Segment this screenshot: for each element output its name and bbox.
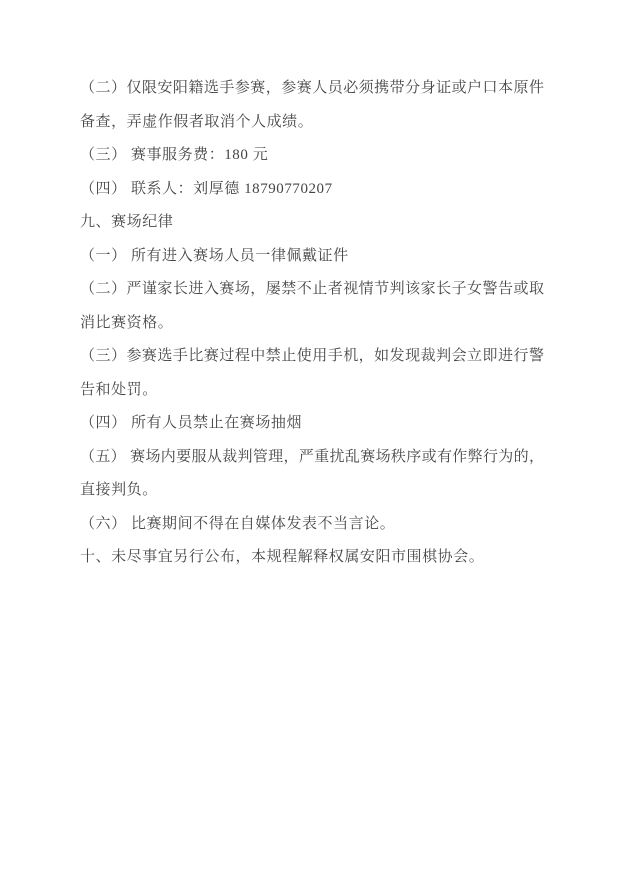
rule-5-obey-referee-line1: （五） 赛场内要服从裁判管理，严重扰乱赛场秩序或有作弊行为的， (80, 441, 544, 475)
clause-3-service-fee: （三） 赛事服务费：180 元 (80, 139, 544, 173)
rule-2-parents-line1: （二）严谨家长进入赛场，屡禁不止者视情节判该家长子女警告或取 (80, 273, 544, 307)
clause-2-eligibility-line2: 备查，弄虚作假者取消个人成绩。 (80, 106, 544, 140)
rule-2-parents-line2: 消比赛资格。 (80, 307, 544, 341)
clause-4-contact: （四） 联系人：刘厚德 18790770207 (80, 173, 544, 207)
heading-9-venue-discipline: 九、赛场纪律 (80, 206, 544, 240)
rule-4-no-smoking: （四） 所有人员禁止在赛场抽烟 (80, 407, 544, 441)
rule-3-phones-line1: （三）参赛选手比赛过程中禁止使用手机，如发现裁判会立即进行警 (80, 340, 544, 374)
document-page: （二）仅限安阳籍选手参赛，参赛人员必须携带分身证或户口本原件 备查，弄虚作假者取… (0, 0, 626, 889)
rule-1-badges: （一） 所有进入赛场人员一律佩戴证件 (80, 240, 544, 274)
document-body: （二）仅限安阳籍选手参赛，参赛人员必须携带分身证或户口本原件 备查，弄虚作假者取… (80, 72, 544, 575)
heading-10-final-provisions: 十、未尽事宜另行公布，本规程解释权属安阳市围棋协会。 (80, 541, 544, 575)
rule-3-phones-line2: 告和处罚。 (80, 374, 544, 408)
rule-6-social-media: （六） 比赛期间不得在自媒体发表不当言论。 (80, 508, 544, 542)
rule-5-obey-referee-line2: 直接判负。 (80, 474, 544, 508)
clause-2-eligibility-line1: （二）仅限安阳籍选手参赛，参赛人员必须携带分身证或户口本原件 (80, 72, 544, 106)
